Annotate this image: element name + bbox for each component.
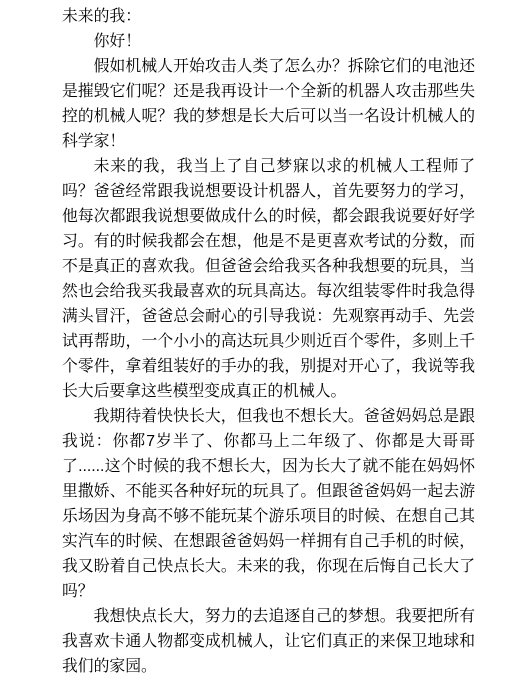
letter-paragraph-closing: 我想快点长大，努力的去追逐自己的梦想。我要把所有我喜欢卡通人物都变成机械人，让它… (62, 604, 475, 679)
letter-greeting: 你好！ (62, 29, 475, 54)
letter-salutation: 未来的我： (62, 4, 475, 29)
letter-paragraph-growing-up: 我期待着快快长大，但我也不想长大。爸爸妈妈总是跟我说：你都7岁半了、你都马上二年… (62, 404, 475, 604)
letter-paragraph-engineer-dream: 未来的我，我当上了自己梦寐以求的机械人工程师了吗？爸爸经常跟我说想要设计机器人，… (62, 154, 475, 404)
letter-paragraph-robots-attack: 假如机械人开始攻击人类了怎么办？拆除它们的电池还是摧毁它们呢？还是我再设计一个全… (62, 54, 475, 154)
letter-page: 未来的我： 你好！ 假如机械人开始攻击人类了怎么办？拆除它们的电池还是摧毁它们呢… (0, 0, 527, 688)
letter-body: 未来的我： 你好！ 假如机械人开始攻击人类了怎么办？拆除它们的电池还是摧毁它们呢… (62, 4, 475, 679)
